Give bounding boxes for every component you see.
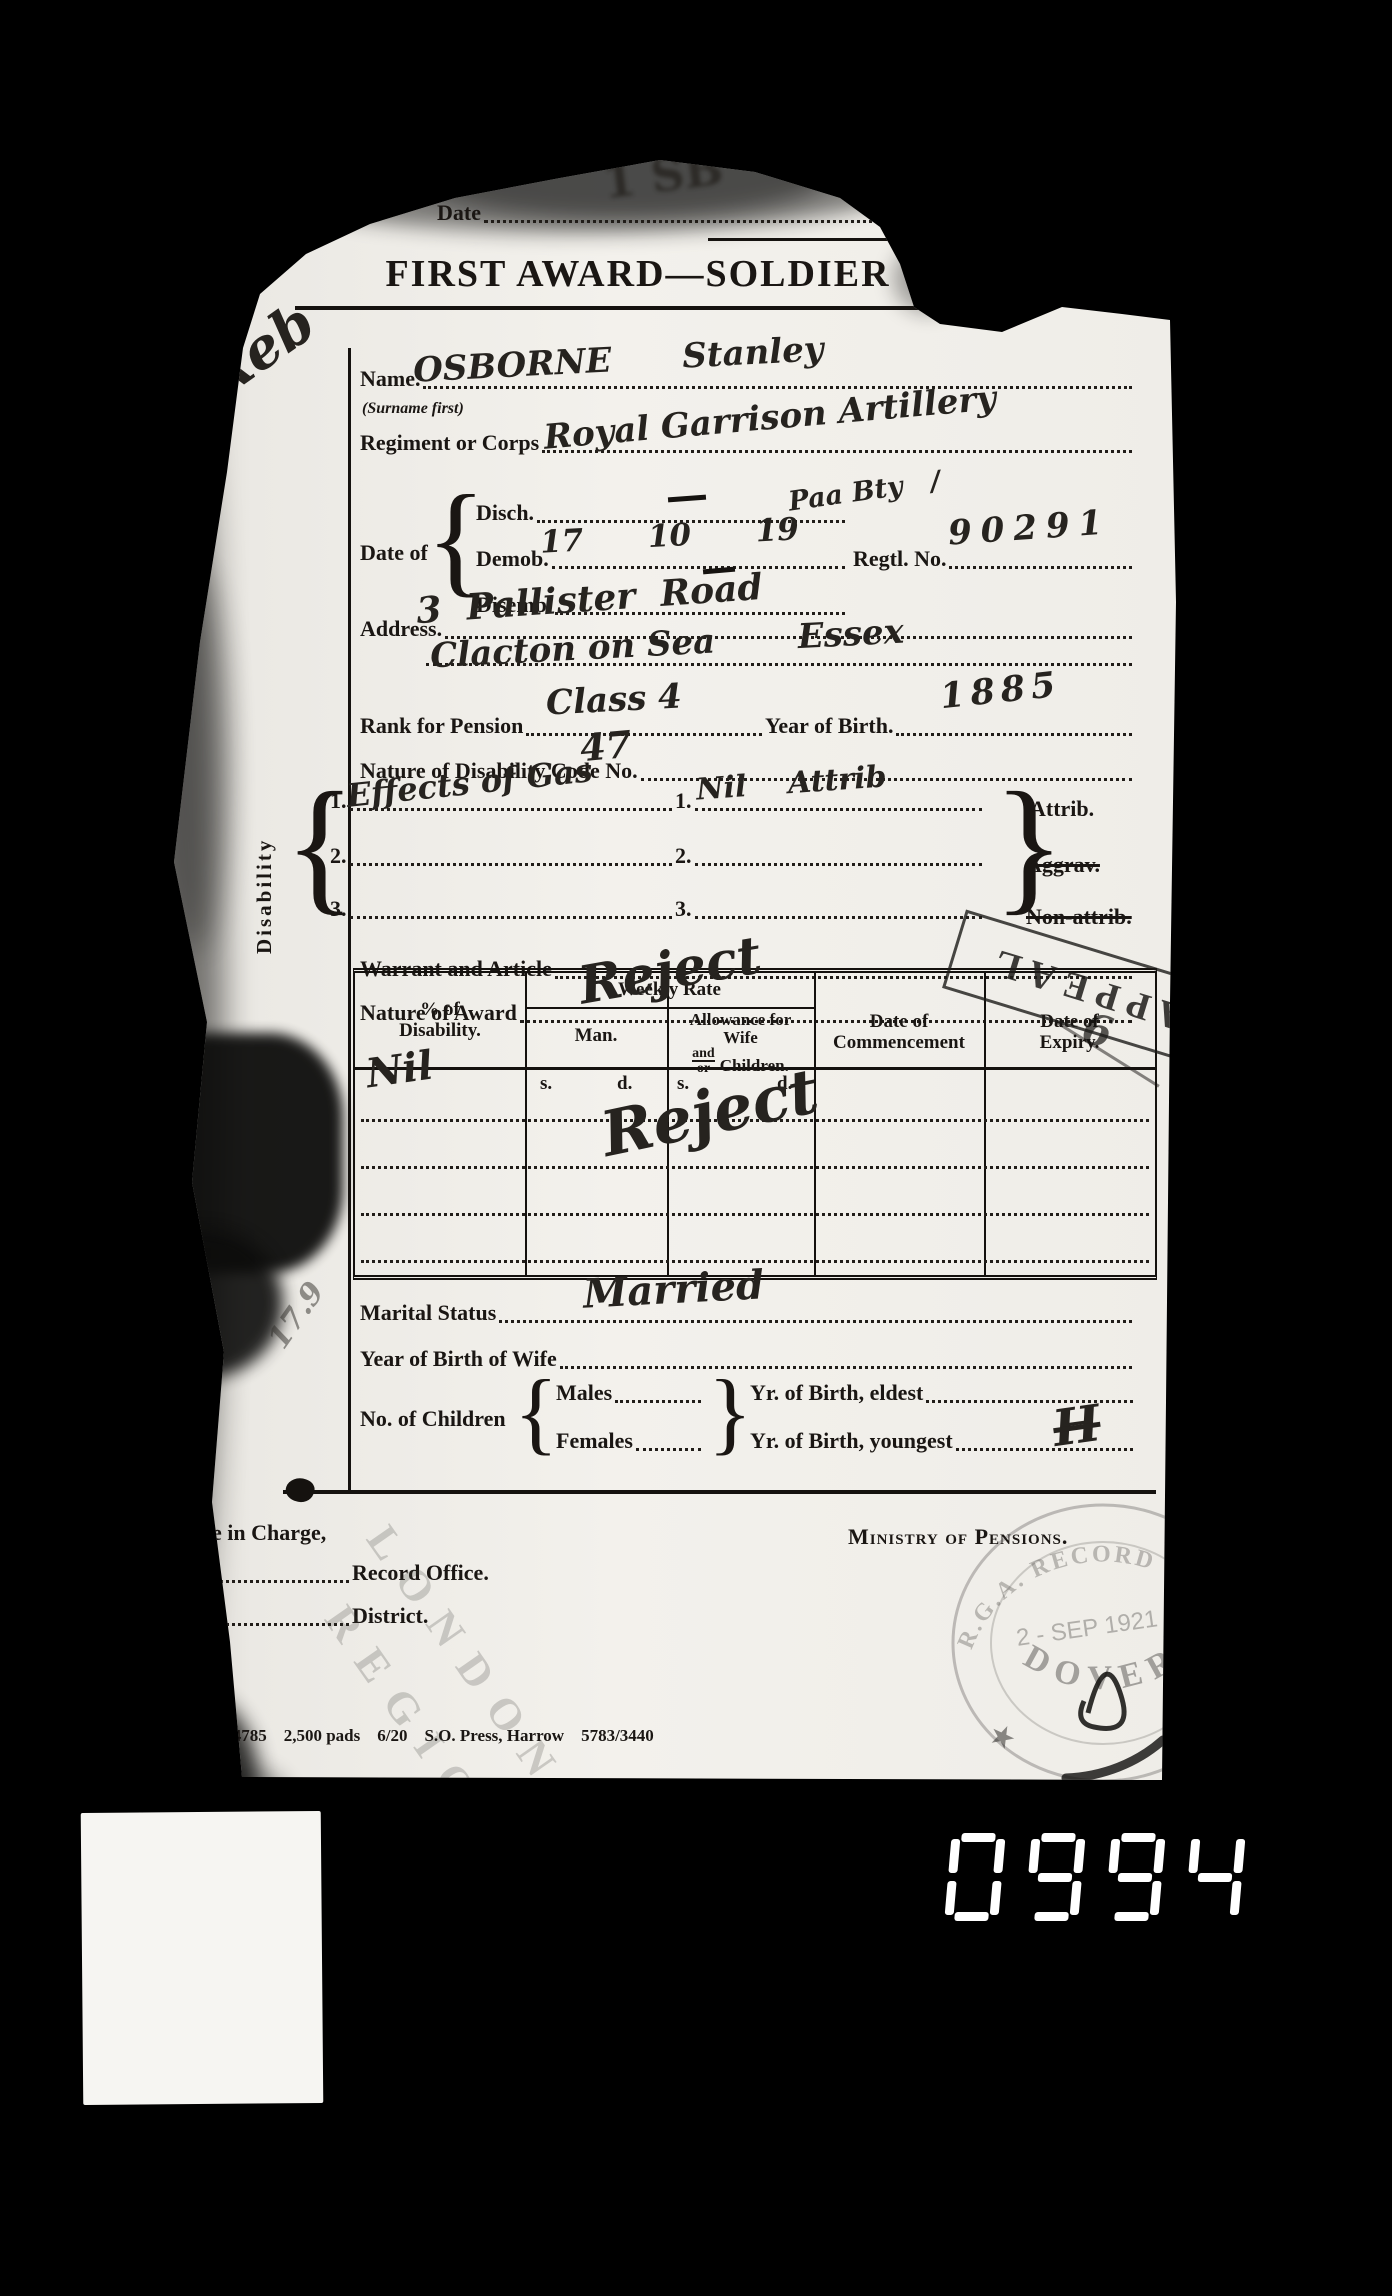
name-line: [423, 386, 1132, 389]
ink-blob: [283, 1474, 318, 1506]
date-arrow-head: [910, 234, 920, 244]
col-commencement-header: Date of Commencement: [814, 1011, 984, 1053]
segment-f: [1028, 1839, 1040, 1873]
disability-3-line: [350, 896, 673, 919]
page-title: FIRST AWARD—SOLDIER: [385, 252, 890, 296]
marital-status-value-handwritten: Married: [582, 1261, 765, 1317]
disability-2-right: 2.: [675, 843, 985, 869]
col-disability-header: % of Disability.: [355, 999, 525, 1041]
and-or-stack: and or: [692, 1047, 715, 1075]
disability-2b-number: 2.: [675, 843, 692, 869]
demob-label: Demob.: [476, 546, 549, 572]
title-underline: [295, 306, 985, 310]
disability-3-right: 3.: [675, 896, 985, 922]
regtl-no-line: [949, 566, 1132, 569]
females-field: Females: [556, 1428, 704, 1454]
table-dotted-row: [361, 1213, 1149, 1216]
segment-b: [1073, 1839, 1085, 1873]
svg-text:DOVER: DOVER: [1018, 1638, 1189, 1697]
stamp-star-icon: ★: [983, 1716, 1021, 1757]
segment-g: [1038, 1873, 1073, 1882]
date-of-brace: {: [426, 478, 486, 603]
segment-b: [1233, 1839, 1245, 1873]
date-label: Date: [437, 200, 481, 226]
surname-first-note: (Surname first): [362, 400, 464, 418]
table-nil-handwritten: Nil: [363, 1042, 436, 1098]
sd-header-man-s: s.: [540, 1073, 552, 1094]
pension-form-scan: 4/373687 Date 1 SB Reb 17.9 FIRST AWARD—…: [148, 148, 1178, 1788]
left-edge-shadow: [158, 568, 228, 948]
allowance-line2: Wife: [723, 1028, 758, 1047]
frame-counter: [948, 1833, 1242, 1921]
disability-close-brace: }: [993, 770, 1065, 920]
segment-c: [990, 1881, 1002, 1915]
eldest-line: [926, 1400, 1133, 1403]
disability-1-number: 1.: [330, 788, 347, 814]
disability-3b-number: 3.: [675, 896, 692, 922]
year-of-birth-value-handwritten: 1885: [938, 664, 1063, 717]
youngest-mark-handwritten: H: [1049, 1393, 1104, 1458]
males-field: Males: [556, 1380, 704, 1406]
youngest-line: [956, 1448, 1133, 1451]
children-close-brace: }: [708, 1366, 752, 1458]
commencement-line1: Date of: [870, 1011, 929, 1032]
counter-digit: [1024, 1833, 1086, 1921]
segment-c: [1230, 1881, 1242, 1915]
regiment-line: [542, 450, 1132, 453]
rank-label: Rank for Pension: [360, 713, 523, 739]
battery-value-handwritten: Paa Bty /: [787, 466, 943, 518]
name-label: Name.: [360, 366, 420, 392]
stamp-heavy-arc: [1066, 1740, 1163, 1778]
disability-2-line: [350, 843, 673, 866]
date-arrow-line: [708, 238, 918, 241]
marital-status-line: [499, 1320, 1132, 1323]
rank-value-handwritten: Class 4: [545, 676, 683, 723]
record-office-line: [209, 1580, 349, 1583]
youngest-label: Yr. of Birth, youngest: [750, 1428, 953, 1454]
segment-c: [1150, 1881, 1162, 1915]
children-label-row: No. of Children: [360, 1406, 506, 1432]
stamp-dover-text: DOVER: [1018, 1638, 1189, 1697]
females-line: [636, 1448, 701, 1451]
demob-line: [552, 566, 845, 569]
date-field: Date: [437, 200, 907, 226]
children-open-brace: {: [514, 1366, 558, 1458]
disability-3b-line: [695, 896, 983, 919]
disability-row-3: 3. 3.: [330, 896, 988, 922]
left-edge-shadow: [103, 268, 223, 1768]
ink-blot: [123, 1228, 283, 1378]
segment-e: [945, 1881, 957, 1915]
table-column-line: [525, 973, 527, 1275]
counter-digit: [1104, 1833, 1166, 1921]
segment-d: [1034, 1912, 1069, 1921]
or-label: or: [692, 1062, 715, 1075]
segment-a: [961, 1833, 996, 1842]
disability-3-left: 3.: [330, 896, 675, 922]
and-label: and: [692, 1047, 715, 1062]
segment-g: [1118, 1873, 1153, 1882]
segment-f: [1188, 1839, 1200, 1873]
weekly-rate-underline: [525, 1007, 814, 1009]
surname-first-label: (Surname first): [362, 400, 464, 418]
disability-side-label: Disability: [252, 776, 277, 954]
regtl-no-label: Regtl. No.: [853, 546, 946, 572]
counter-digit: [944, 1833, 1006, 1921]
microfilm-frame: 4/373687 Date 1 SB Reb 17.9 FIRST AWARD—…: [0, 0, 1392, 2296]
segment-f: [1108, 1839, 1120, 1873]
form-title: FIRST AWARD—SOLDIER: [278, 252, 998, 296]
attrib-label-row: Attrib.: [1030, 796, 1094, 822]
commencement-line2: Commencement: [833, 1032, 965, 1053]
segment-f: [948, 1839, 960, 1873]
segment-b: [1153, 1839, 1165, 1873]
segment-g: [1198, 1873, 1233, 1882]
segment-a: [1121, 1833, 1156, 1842]
date-line: [484, 220, 904, 223]
sd-header-man-d: d.: [617, 1073, 632, 1094]
col-man-header-text: Man.: [575, 1025, 618, 1046]
col-disability-header-l2: Disability.: [399, 1020, 481, 1041]
officer-in-charge-row: e in Charge,: [212, 1520, 326, 1546]
disability-2b-line: [695, 843, 983, 866]
table-dotted-row: [361, 1166, 1149, 1169]
disability-1b-number: 1.: [675, 788, 692, 814]
children-count-label: No. of Children: [360, 1406, 506, 1432]
segment-d: [1114, 1912, 1149, 1921]
reference-number-handwritten: 4/373687: [189, 184, 369, 236]
aggrav-label: Aggrav.: [1026, 852, 1100, 878]
year-of-birth-label: Year of Birth.: [765, 713, 894, 739]
blank-index-card: [81, 1811, 324, 2105]
col-man-header: Man.: [525, 1025, 667, 1046]
males-line: [615, 1400, 701, 1403]
allowance-line1: Allowance for: [690, 1010, 792, 1029]
wife-yob-line: [560, 1366, 1132, 1369]
year-of-birth-line: [896, 733, 1132, 736]
col-disability-header-l1: % of: [420, 999, 460, 1020]
disability-row-2: 2. 2.: [330, 843, 988, 869]
rank-line: [526, 733, 762, 736]
non-attrib-label-row: Non-attrib.: [1026, 904, 1132, 930]
non-attrib-label: Non-attrib.: [1026, 904, 1132, 930]
date-of-label-row: Date of: [360, 540, 428, 566]
aggrav-label-row: Aggrav.: [1026, 852, 1100, 878]
rank-field: Rank for Pension Year of Birth.: [360, 713, 1135, 739]
date-of-label: Date of: [360, 540, 428, 566]
disability-2-left: 2.: [330, 843, 675, 869]
segment-c: [1070, 1881, 1082, 1915]
regiment-label: Regiment or Corps: [360, 430, 539, 456]
segment-b: [993, 1839, 1005, 1873]
counter-digit: [1184, 1833, 1246, 1921]
disch-label: Disch.: [476, 500, 534, 526]
marital-status-label: Marital Status: [360, 1300, 496, 1326]
disability-2-number: 2.: [330, 843, 347, 869]
segment-a: [1041, 1833, 1076, 1842]
segment-d: [954, 1912, 989, 1921]
males-label: Males: [556, 1380, 612, 1406]
rga-record-office-stamp: R.G.A. RECORD OFFICE 2 - SEP 1921 DOVER …: [938, 1478, 1268, 1808]
disability-3-number: 3.: [330, 896, 347, 922]
attrib-label: Attrib.: [1030, 796, 1094, 822]
eldest-label: Yr. of Birth, eldest: [750, 1380, 923, 1406]
officer-in-charge-label: e in Charge,: [212, 1520, 326, 1546]
females-label: Females: [556, 1428, 633, 1454]
